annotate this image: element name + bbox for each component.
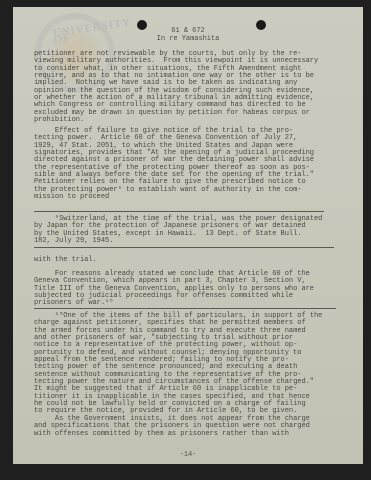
text-line: 182, July 29, 1945. xyxy=(34,238,354,245)
case-title: In re Yamashita xyxy=(13,36,363,43)
continuation-line: with the trial. xyxy=(34,257,354,264)
footnote-10: ¹⁰One of the items of the bill of partic… xyxy=(34,313,354,438)
paragraph-1: petitioner are not reviewable by the cou… xyxy=(34,51,354,124)
footnote-separator-9 xyxy=(34,211,324,212)
paragraph-2-effect-of-failure: Effect of failure to give notice of the … xyxy=(34,128,354,201)
footnote-separator-9-end xyxy=(34,247,334,248)
footnote-separator-10 xyxy=(34,308,336,309)
page-number: -14- xyxy=(13,452,363,459)
footnote-9: ⁹Switzerland, at the time of the trial, … xyxy=(34,216,354,245)
text-line: with offenses committed by them as priso… xyxy=(34,431,354,438)
document-page: UNIVERSITY OF 61 & 672 In re Yamashita p… xyxy=(13,7,363,464)
text-line: mission to proceed xyxy=(34,194,354,201)
paragraph-3-article-60-conclusion: For reasons already stated we conclude t… xyxy=(34,271,354,308)
text-line: prisoners of war.¹⁰ xyxy=(34,300,354,307)
text-line: prohibition. xyxy=(34,117,354,124)
